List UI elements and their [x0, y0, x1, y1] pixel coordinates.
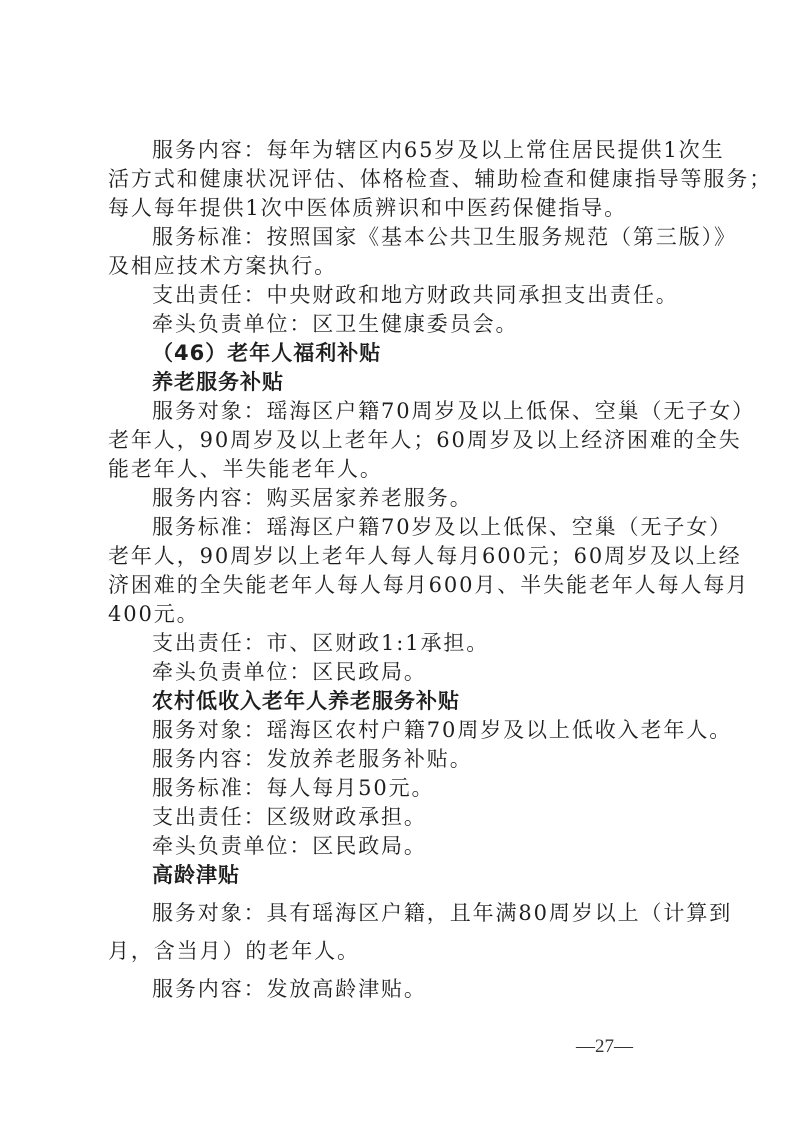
text-line: 服务标准：按照国家《基本公共卫生服务规范（第三版）》: [108, 223, 708, 252]
document-body: 服务内容：每年为辖区内65岁及以上常住居民提供1次生 活方式和健康状况评估、体格…: [108, 136, 708, 1004]
text-line: 服务内容：每年为辖区内65岁及以上常住居民提供1次生: [108, 136, 708, 165]
text-line: 老年人，90周岁以上老年人每人每月600元；60周岁及以上经: [108, 542, 708, 571]
text-line: 支出责任：区级财政承担。: [108, 803, 708, 832]
text-line: 服务标准：瑶海区户籍70岁及以上低保、空巢（无子女）: [108, 513, 708, 542]
text-line: 服务内容：发放养老服务补贴。: [108, 745, 708, 774]
text-line: 服务对象：瑶海区农村户籍70周岁及以上低收入老年人。: [108, 716, 708, 745]
text-line: 服务内容：发放高龄津贴。: [108, 975, 708, 1004]
text-line: 每人每年提供1次中医体质辨识和中医药保健指导。: [108, 194, 708, 223]
text-line: 牵头负责单位：区卫生健康委员会。: [108, 310, 708, 339]
text-line: 月，含当月）的老年人。: [108, 937, 708, 966]
text-line: 牵头负责单位：区民政局。: [108, 658, 708, 687]
subsection-heading: 养老服务补贴: [108, 368, 708, 397]
text-line: 400元。: [108, 600, 708, 629]
text-line: 济困难的全失能老年人每人每月600月、半失能老年人每人每月: [108, 571, 708, 600]
text-line: 能老年人、半失能老年人。: [108, 455, 708, 484]
text-line: 活方式和健康状况评估、体格检查、辅助检查和健康指导等服务；: [108, 165, 708, 194]
section-heading: （46）老年人福利补贴: [108, 339, 708, 368]
page-number: —27—: [576, 1036, 633, 1058]
text-line: 支出责任：中央财政和地方财政共同承担支出责任。: [108, 281, 708, 310]
text-line: 服务对象：具有瑶海区户籍，且年满80周岁以上（计算到: [108, 899, 708, 928]
text-line: 服务对象：瑶海区户籍70周岁及以上低保、空巢（无子女）: [108, 397, 708, 426]
text-line: 老年人，90周岁及以上老年人；60周岁及以上经济困难的全失: [108, 426, 708, 455]
subsection-heading: 高龄津贴: [108, 861, 708, 890]
subsection-heading: 农村低收入老年人养老服务补贴: [108, 687, 708, 716]
text-line: 及相应技术方案执行。: [108, 252, 708, 281]
text-line: 服务标准：每人每月50元。: [108, 774, 708, 803]
text-line: 支出责任：市、区财政1:1承担。: [108, 629, 708, 658]
text-line: 牵头负责单位：区民政局。: [108, 832, 708, 861]
text-line: 服务内容：购买居家养老服务。: [108, 484, 708, 513]
